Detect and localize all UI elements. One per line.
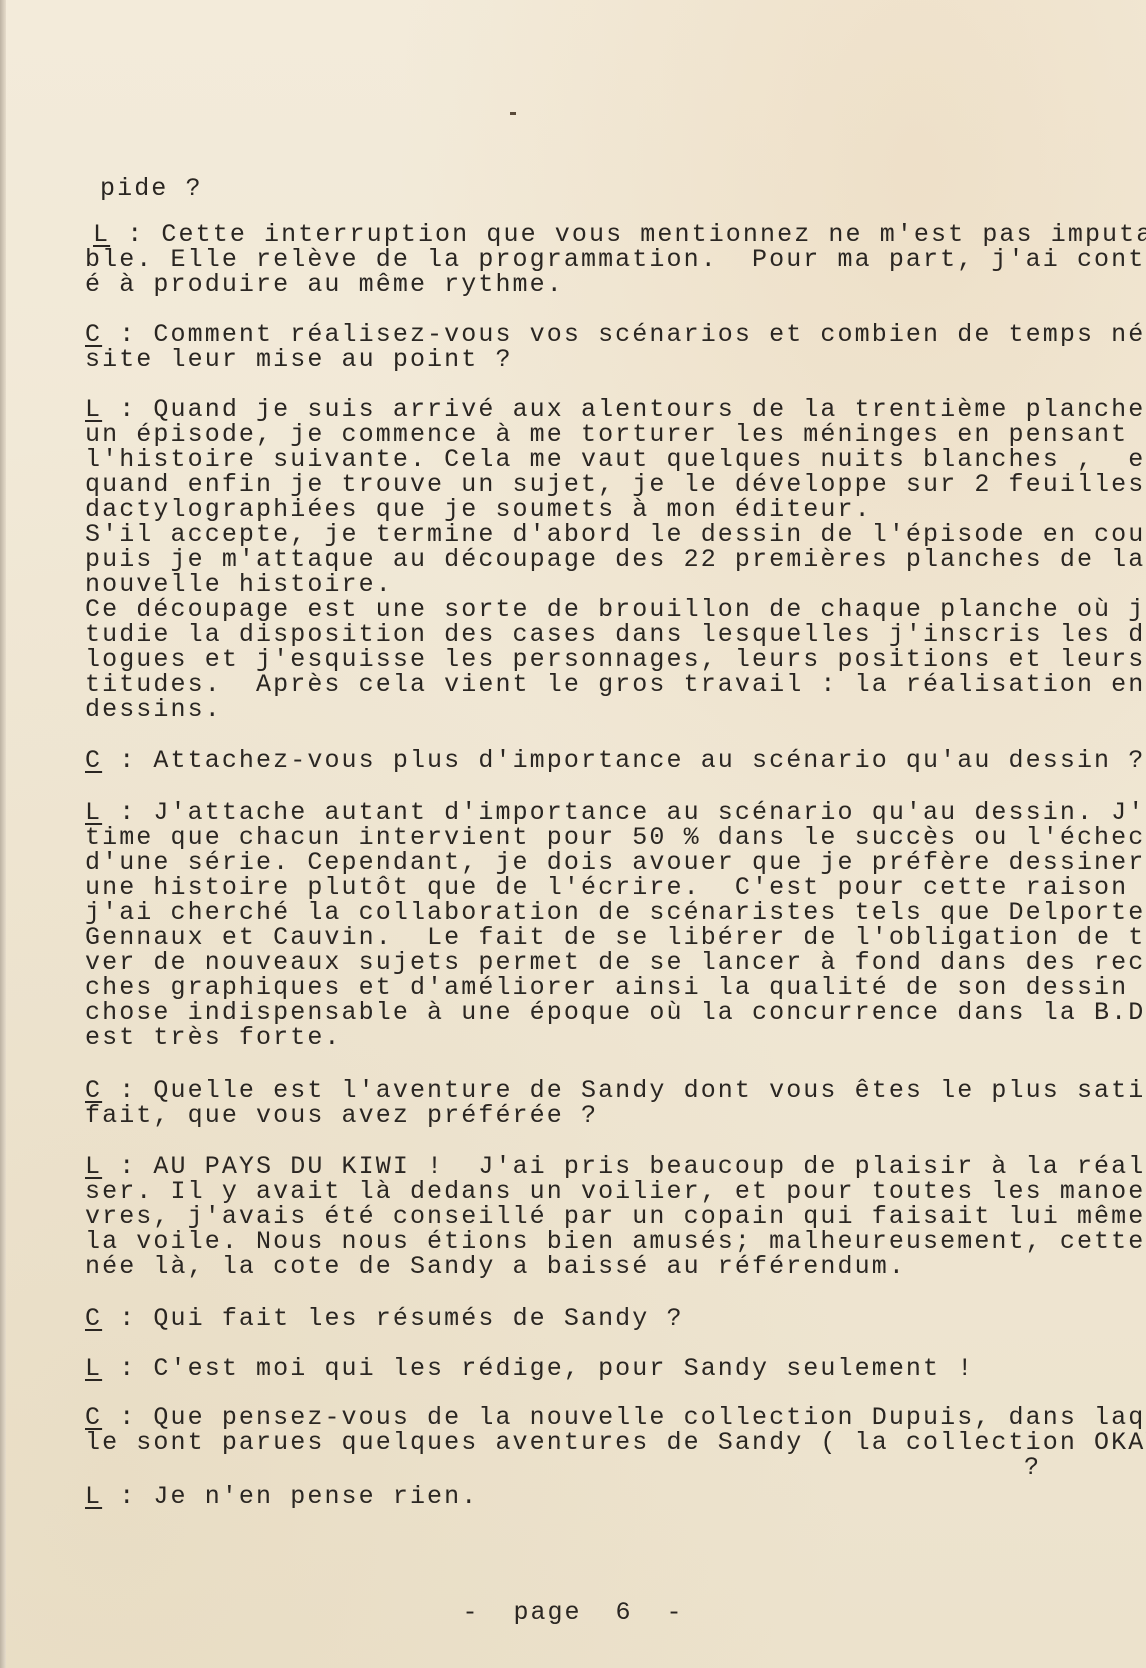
speaker-label: L <box>85 1482 102 1511</box>
speaker-label: L <box>85 1354 102 1383</box>
text-line: née là, la cote de Sandy a baissé au réf… <box>85 1254 906 1280</box>
typewriter-mark <box>510 112 516 115</box>
dialogue-line-interviewee: L : Je n'en pense rien. <box>85 1484 478 1510</box>
page-number: - page 6 - <box>0 1598 1146 1627</box>
line-text: site leur mise au point ? <box>85 345 513 374</box>
text-line: site leur mise au point ? <box>85 347 513 373</box>
line-text: : Qui fait les résumés de Sandy ? <box>102 1304 683 1333</box>
text-line: é à produire au même rythme. <box>85 272 564 298</box>
line-text: est très forte. <box>85 1023 342 1052</box>
line-text: pide ? <box>100 174 203 203</box>
dialogue-line-interviewer: C : Qui fait les résumés de Sandy ? <box>85 1306 684 1332</box>
text-line: dessins. <box>85 697 222 723</box>
line-text: : Attachez-vous plus d'importance au scé… <box>102 746 1145 775</box>
dialogue-line-interviewee: L : C'est moi qui les rédige, pour Sandy… <box>85 1356 974 1382</box>
line-text: titudes. Après cela vient le gros travai… <box>85 670 1145 699</box>
line-text: ? <box>1024 1453 1041 1482</box>
dialogue-line-interviewer: C : Attachez-vous plus d'importance au s… <box>85 748 1145 774</box>
line-text: fait, que vous avez préférée ? <box>85 1101 598 1130</box>
line-text: é à produire au même rythme. <box>85 270 564 299</box>
text-line: titudes. Après cela vient le gros travai… <box>85 672 1145 698</box>
line-text: dessins. <box>85 695 222 724</box>
text-line: le sont parues quelques aventures de San… <box>85 1430 1146 1456</box>
line-text: : Je n'en pense rien. <box>102 1482 478 1511</box>
page-edge <box>0 0 6 1668</box>
text-line: ? <box>1024 1455 1041 1481</box>
text-line: pide ? <box>100 176 203 202</box>
speaker-label: C <box>85 1304 102 1333</box>
text-line: est très forte. <box>85 1025 342 1051</box>
speaker-label: C <box>85 746 102 775</box>
line-text: née là, la cote de Sandy a baissé au réf… <box>85 1252 906 1281</box>
line-text: : C'est moi qui les rédige, pour Sandy s… <box>102 1354 974 1383</box>
text-line: fait, que vous avez préférée ? <box>85 1103 598 1129</box>
line-text: le sont parues quelques aventures de San… <box>85 1428 1146 1457</box>
